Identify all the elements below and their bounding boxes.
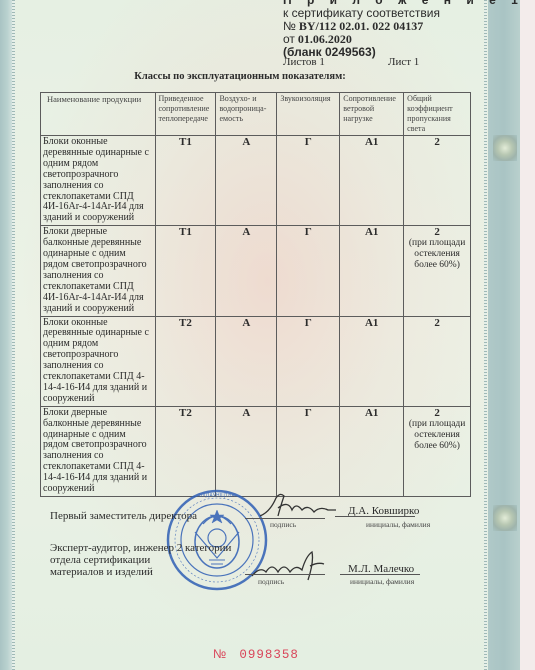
product-name-cell: Блоки оконные деревянные одинарные с одн… (41, 136, 156, 226)
wind-class-cell: А1 (340, 316, 404, 406)
table-heading: Классы по эксплуатационным показателям: (0, 71, 535, 82)
thermal-class-cell: Т1 (155, 136, 216, 226)
blank-serial-number: №0998358 (213, 647, 299, 662)
name-caption-2: инициалы, фамилия (350, 577, 414, 586)
left-security-border (0, 0, 12, 670)
name-line-2 (340, 574, 420, 575)
col-header-product: Наименование продукции (41, 93, 156, 136)
wind-class-cell: А1 (340, 136, 404, 226)
table-header-row: Наименование продукции Приведенное сопро… (41, 93, 471, 136)
signature-caption-2: подпись (258, 577, 284, 586)
air-water-class-cell: А (216, 316, 277, 406)
left-dotted-border (12, 0, 15, 670)
product-name-cell: Блоки дверные балконные деревянные одина… (41, 406, 156, 496)
sound-class-cell: Г (277, 406, 340, 496)
table-row: Блоки оконные деревянные одинарные с одн… (41, 136, 471, 226)
hologram-icon (493, 135, 517, 161)
light-class-cell: 2 (404, 136, 471, 226)
air-water-class-cell: А (216, 136, 277, 226)
light-note: (при площади остекления более 60%) (407, 238, 467, 271)
col-header-sound: Звукоизоляция (277, 93, 340, 136)
sheets-total: Листов 1 (283, 56, 325, 68)
classes-table: Наименование продукции Приведенное сопро… (40, 92, 471, 497)
table-row: Блоки дверные балконные деревянные одина… (41, 406, 471, 496)
table-row: Блоки оконные деревянные одинарные с одн… (41, 316, 471, 406)
thermal-class-cell: Т1 (155, 226, 216, 316)
signature-line-2 (245, 574, 325, 575)
sound-class-cell: Г (277, 226, 340, 316)
col-header-air-water: Воздухо- и водопроница-емость (216, 93, 277, 136)
sound-class-cell: Г (277, 136, 340, 226)
page-edge (520, 0, 535, 670)
product-name-cell: Блоки дверные балконные деревянные одина… (41, 226, 156, 316)
appendix-header: П р и л о ж е н и е 1 к сертификату соот… (283, 0, 524, 59)
light-class-cell: 2(при площади остекления более 60%) (404, 226, 471, 316)
wind-class-cell: А1 (340, 406, 404, 496)
col-header-light: Общий коэффициент пропускания света (404, 93, 471, 136)
light-note: (при площади остекления более 60%) (407, 419, 467, 452)
air-water-class-cell: А (216, 226, 277, 316)
signatory-role-1: Первый заместитель директора (50, 510, 197, 522)
light-class-cell: 2(при площади остекления более 60%) (404, 406, 471, 496)
signatory-role-2: Эксперт-аудитор, инженер 2 категории отд… (50, 542, 231, 578)
name-caption-1: инициалы, фамилия (366, 520, 430, 529)
product-name-cell: Блоки оконные деревянные одинарные с одн… (41, 316, 156, 406)
col-header-thermal: Приведенное сопротивление теплопередаче (155, 93, 216, 136)
thermal-class-cell: Т2 (155, 316, 216, 406)
signature-caption-1: подпись (270, 520, 296, 529)
sound-class-cell: Г (277, 316, 340, 406)
sheet-info: Листов 1 Лист 1 (283, 56, 325, 68)
col-header-wind: Сопротивление ветровой нагрузке (340, 93, 404, 136)
thermal-class-cell: Т2 (155, 406, 216, 496)
hologram-icon (493, 505, 517, 531)
table-row: Блоки дверные балконные деревянные одина… (41, 226, 471, 316)
air-water-class-cell: А (216, 406, 277, 496)
wind-class-cell: А1 (340, 226, 404, 316)
name-line-1 (335, 516, 415, 517)
svg-text:· БУДАЎНІЦТВА ·: · БУДАЎНІЦТВА · (196, 492, 239, 499)
certificate-page: П р и л о ж е н и е 1 к сертификату соот… (0, 0, 535, 670)
signature-line-1 (245, 518, 325, 519)
right-dotted-border (484, 0, 487, 670)
sheet-current: Лист 1 (388, 56, 419, 68)
right-security-border (488, 0, 520, 670)
light-class-cell: 2 (404, 316, 471, 406)
